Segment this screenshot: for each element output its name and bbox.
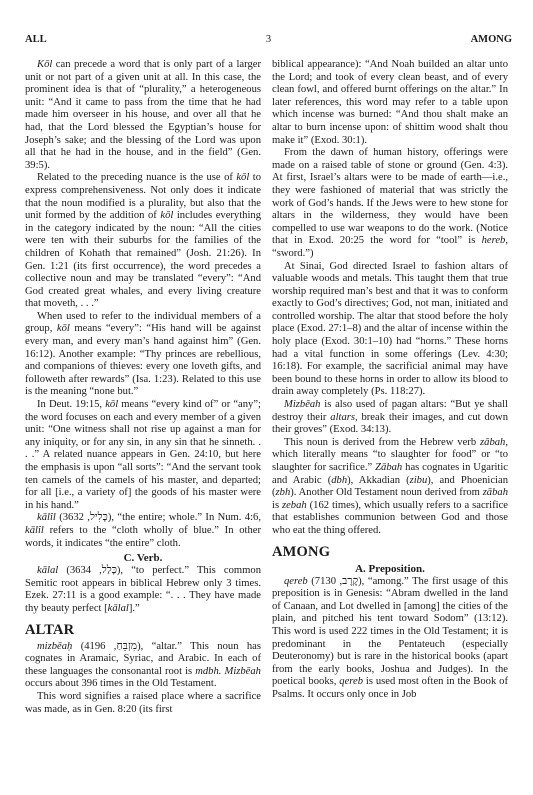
hebrew-term: dbh	[331, 475, 347, 486]
hebrew-term: kōl	[105, 399, 118, 410]
paragraph-text: is	[272, 500, 282, 511]
paragraph: mizbēaḥ (מִזְבֵּחַ, 4196), “altar.” This…	[25, 641, 261, 691]
running-header: ALL 3 AMONG	[25, 34, 512, 48]
paragraph-text: From the dawn of human history, offering…	[272, 147, 508, 246]
paragraph: biblical appearance): “And Noah builded …	[272, 59, 508, 147]
paragraph-text: means “every kind of” or “any”; the word…	[25, 399, 261, 511]
paragraph-text: In Deut. 19:15,	[37, 399, 105, 410]
section-subheading-verb: C. Verb.	[25, 552, 261, 565]
hebrew-term: mdbh. Mizbēah	[195, 666, 261, 677]
paragraph-text: means “every”: “His hand will be against…	[25, 323, 261, 397]
page-number: 3	[25, 34, 512, 45]
paragraph: Mizbēah is also used of pagan altars: “B…	[272, 399, 508, 437]
paragraph-text: (כָּלַל, 3634), “to perfect.” This commo…	[25, 565, 261, 614]
paragraph: In Deut. 19:15, kōl means “every kind of…	[25, 399, 261, 512]
hebrew-term: qereb	[284, 576, 308, 587]
paragraph-text: occurs about 396 times in the Old Testam…	[25, 678, 216, 689]
paragraph-text: can precede a word that is only part of …	[25, 59, 261, 171]
hebrew-term: qereb	[339, 676, 363, 687]
paragraph-text: ].”	[129, 603, 140, 614]
paragraph: At Sinai, God directed Israel to fashion…	[272, 261, 508, 400]
hebrew-term: kālîl	[25, 525, 44, 536]
paragraph-text: ). Another Old Testament noun derived fr…	[290, 487, 482, 498]
paragraph: kālîl (כָּלִיל, 3632), “the entire; whol…	[25, 512, 261, 550]
hebrew-term: kōl	[57, 323, 70, 334]
entry-heading-among: AMONG	[272, 544, 508, 560]
hebrew-term: hereb,	[482, 235, 508, 246]
section-subheading-preposition: A. Preposition.	[272, 563, 508, 576]
paragraph-text: (162 times), which usually refers to a s…	[272, 500, 508, 536]
paragraph-text: “sword.”)	[272, 248, 313, 259]
right-column: biblical appearance): “And Noah builded …	[272, 59, 508, 702]
hebrew-term: zibu	[410, 475, 428, 486]
paragraph: When used to refer to the individual mem…	[25, 311, 261, 399]
hebrew-term: kōl	[160, 210, 173, 221]
paragraph-text: (קֶרֶב, 7130), “among.” The first usage …	[272, 576, 508, 688]
paragraph-text: This noun is derived from the Hebrew ver…	[284, 437, 480, 448]
hebrew-term: altars,	[330, 412, 357, 423]
paragraph-text: Related to the preceding nuance is the u…	[37, 172, 236, 183]
hebrew-term: Mizbēah	[284, 399, 320, 410]
hebrew-term: kōl	[236, 172, 249, 183]
hebrew-term: zābah	[480, 437, 505, 448]
paragraph-text: ), Akkadian (	[347, 475, 409, 486]
paragraph: qereb (קֶרֶב, 7130), “among.” The first …	[272, 576, 508, 702]
hebrew-term: kālal	[108, 603, 129, 614]
hebrew-term: zbh	[276, 487, 291, 498]
hebrew-term: kālal	[37, 565, 58, 576]
paragraph: kālal (כָּלַל, 3634), “to perfect.” This…	[25, 565, 261, 615]
hebrew-term: Zābah	[375, 462, 402, 473]
hebrew-term: Kōl	[37, 59, 52, 70]
right-guide-word: AMONG	[471, 34, 512, 45]
paragraph: This word signifies a raised place where…	[25, 691, 261, 716]
paragraph: Related to the preceding nuance is the u…	[25, 172, 261, 311]
hebrew-term: mizbēaḥ	[37, 641, 72, 652]
hebrew-term: zābah	[483, 487, 508, 498]
paragraph: This noun is derived from the Hebrew ver…	[272, 437, 508, 538]
paragraph-text: refers to the “cloth wholly of blue.” In…	[25, 525, 261, 549]
paragraph: Kōl can precede a word that is only part…	[25, 59, 261, 172]
paragraph: From the dawn of human history, offering…	[272, 147, 508, 260]
hebrew-term: kālîl	[37, 512, 56, 523]
paragraph-text: includes everything in the category indi…	[25, 210, 261, 309]
hebrew-term: zebah	[282, 500, 307, 511]
entry-heading-altar: ALTAR	[25, 622, 261, 638]
left-column: Kōl can precede a word that is only part…	[25, 59, 261, 716]
paragraph-text: (כָּלִיל, 3632), “the entire; whole.” In…	[56, 512, 261, 523]
